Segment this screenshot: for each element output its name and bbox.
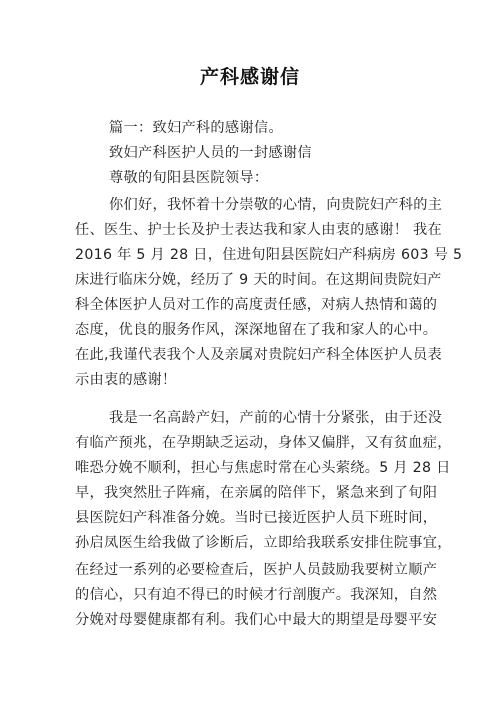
body-line: 我是一名高龄产妇，产前的心情十分紧张，由于还没 — [109, 409, 454, 427]
body-line: 的信心，只有迫不得已的时候才行剖腹产。我深知，自然 — [75, 586, 420, 604]
body-line: 科全体医护人员对工作的高度责任感，对病人热情和蔼的 — [75, 296, 420, 314]
body-line: 示由衷的感谢！ — [75, 371, 420, 389]
salutation: 尊敬的旬阳县医院领导： — [109, 169, 454, 187]
body-line: 态度，优良的服务作风，深深地留在了我和家人的心中。 — [75, 321, 420, 339]
body-line: 任、医生、护士长及护士表达我和家人由衷的感谢！ 我在 — [75, 221, 420, 239]
body-line: 你们好，我怀着十分崇敬的心情，向贵院妇产科的主 — [109, 196, 454, 214]
body-line: 早，我突然肚子阵痛，在亲属的陪伴下，紧急来到了旬阳 — [75, 484, 420, 502]
body-line: 孙启凤医生给我做了诊断后，立即给我联系安排住院事宜， — [75, 534, 420, 552]
body-line: 2016 年 5 月 28 日，住进旬阳县医院妇产科病房 603 号 5 — [75, 246, 420, 264]
letter-subtitle: 致妇产科医护人员的一封感谢信 — [109, 144, 454, 162]
body-line: 唯恐分娩不顺利，担心与焦虑时常在心头萦绕。5 月 28 日 — [75, 459, 420, 477]
body-line: 在此,我谨代表我个人及亲属对贵院妇产科全体医护人员表 — [75, 346, 420, 364]
body-line: 在经过一系列的必要检查后，医护人员鼓励我要树立顺产 — [75, 561, 420, 579]
document-title: 产科感谢信 — [0, 62, 500, 89]
section-heading: 篇一：致妇产科的感谢信。 — [109, 119, 454, 137]
body-line: 床进行临床分娩，经历了 9 天的时间。在这期间贵院妇产 — [75, 271, 420, 289]
body-line: 有临产预兆，在孕期缺乏运动，身体又偏胖，又有贫血症， — [75, 434, 420, 452]
body-line: 分娩对母婴健康都有利。我们心中最大的期望是母婴平安 — [75, 611, 420, 629]
document-page: 产科感谢信 篇一：致妇产科的感谢信。 致妇产科医护人员的一封感谢信 尊敬的旬阳县… — [0, 0, 500, 707]
body-line: 县医院妇产科准备分娩。当时已接近医护人员下班时间， — [75, 509, 420, 527]
